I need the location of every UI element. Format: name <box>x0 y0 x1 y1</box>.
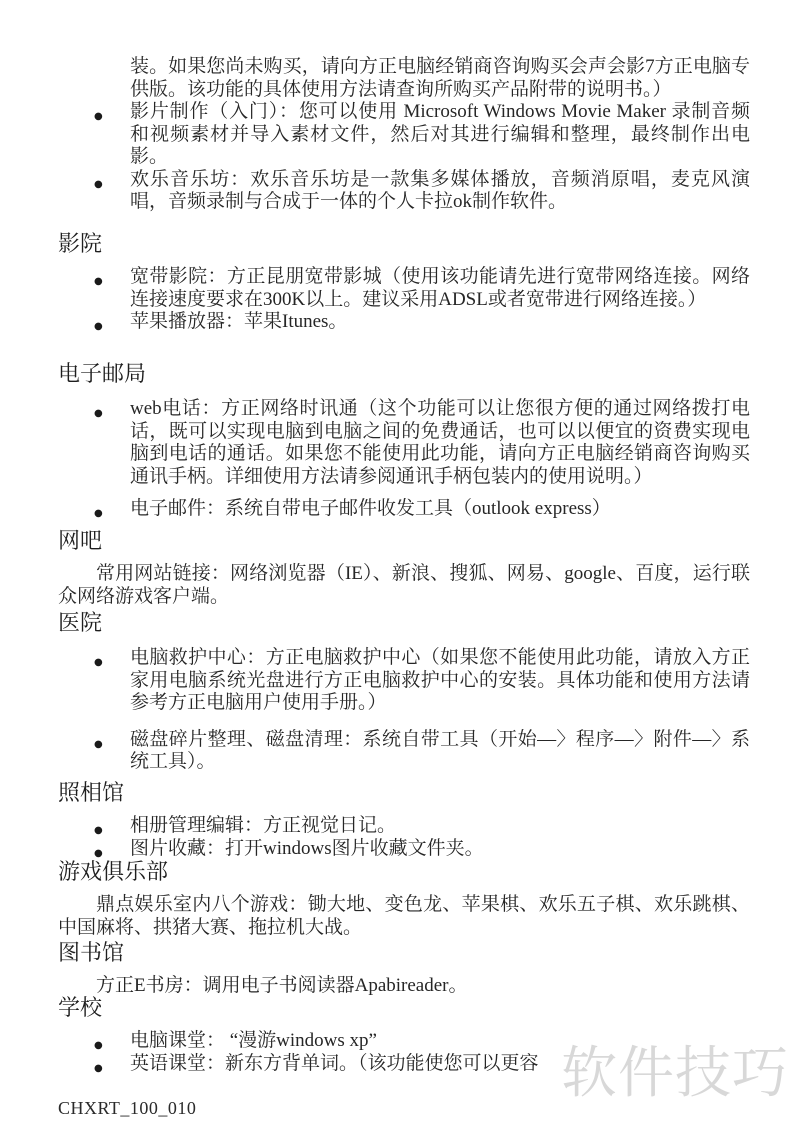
section-heading-hospital: 医院 <box>58 609 750 637</box>
section-heading-school: 学校 <box>58 994 750 1022</box>
section-heading-library: 图书馆 <box>58 939 750 967</box>
internet-cafe-paragraph: 常用网站链接：网络浏览器（IE）、新浪、搜狐、网易、google、百度，运行联众… <box>58 563 750 608</box>
list-item: 欢乐音乐坊：欢乐音乐坊是一款集多媒体播放，音频消原唱，麦克风演唱，音频录制与合成… <box>58 169 750 214</box>
photo-bullet-list: 相册管理编辑：方正视觉日记。 图片收藏：打开windows图片收藏文件夹。 <box>58 815 750 860</box>
list-item: 影片制作（入门）：您可以使用 Microsoft Windows Movie M… <box>58 101 750 169</box>
continuation-paragraph: 装。如果您尚未购买，请向方正电脑经销商咨询购买会声会影7方正电脑专供版。该功能的… <box>130 56 750 101</box>
section-email-office: 电子邮局 web电话：方正网络时讯通（这个功能可以让您很方便的通过网络拨打电话，… <box>58 360 750 521</box>
hospital-bullet-list: 电脑救护中心：方正电脑救护中心（如果您不能使用此功能，请放入方正家用电脑系统光盘… <box>58 647 750 774</box>
section-intro: 装。如果您尚未购买，请向方正电脑经销商咨询购买会声会影7方正电脑专供版。该功能的… <box>58 56 750 214</box>
watermark-text: 软件技巧 <box>561 1042 789 1104</box>
game-club-paragraph: 鼎点娱乐室内八个游戏：锄大地、变色龙、苹果棋、欢乐五子棋、欢乐跳棋、中国麻将、拱… <box>58 894 750 939</box>
list-item: 宽带影院：方正昆朋宽带影城（使用该功能请先进行宽带网络连接。网络连接速度要求在3… <box>58 266 750 311</box>
section-heading-photo-studio: 照相馆 <box>58 779 750 807</box>
section-heading-game-club: 游戏俱乐部 <box>58 858 750 886</box>
email-bullet-list: web电话：方正网络时讯通（这个功能可以让您很方便的通过网络拨打电话，既可以实现… <box>58 398 750 521</box>
section-photo-studio: 照相馆 相册管理编辑：方正视觉日记。 图片收藏：打开windows图片收藏文件夹… <box>58 779 750 860</box>
list-item: 相册管理编辑：方正视觉日记。 <box>58 815 750 838</box>
section-cinema: 影院 宽带影院：方正昆朋宽带影城（使用该功能请先进行宽带网络连接。网络连接速度要… <box>58 230 750 334</box>
list-item: 电脑救护中心：方正电脑救护中心（如果您不能使用此功能，请放入方正家用电脑系统光盘… <box>58 647 750 715</box>
list-item: 电子邮件：系统自带电子邮件收发工具（outlook express） <box>58 498 750 521</box>
document-page: 装。如果您尚未购买，请向方正电脑经销商咨询购买会声会影7方正电脑专供版。该功能的… <box>0 0 800 1138</box>
footer-document-code: CHXRT_100_010 <box>58 1098 196 1119</box>
section-internet-cafe: 网吧 常用网站链接：网络浏览器（IE）、新浪、搜狐、网易、google、百度，运… <box>58 527 750 608</box>
section-game-club: 游戏俱乐部 鼎点娱乐室内八个游戏：锄大地、变色龙、苹果棋、欢乐五子棋、欢乐跳棋、… <box>58 858 750 939</box>
section-heading-cinema: 影院 <box>58 230 750 258</box>
list-item: 图片收藏：打开windows图片收藏文件夹。 <box>58 838 750 861</box>
list-item: web电话：方正网络时讯通（这个功能可以让您很方便的通过网络拨打电话，既可以实现… <box>58 398 750 488</box>
list-item: 磁盘碎片整理、磁盘清理：系统自带工具（开始—〉程序—〉附件—〉系统工具）。 <box>58 729 750 774</box>
cinema-bullet-list: 宽带影院：方正昆朋宽带影城（使用该功能请先进行宽带网络连接。网络连接速度要求在3… <box>58 266 750 334</box>
intro-bullet-list: 影片制作（入门）：您可以使用 Microsoft Windows Movie M… <box>58 101 750 214</box>
list-item: 苹果播放器：苹果Itunes。 <box>58 311 750 334</box>
section-hospital: 医院 电脑救护中心：方正电脑救护中心（如果您不能使用此功能，请放入方正家用电脑系… <box>58 609 750 774</box>
section-heading-internet-cafe: 网吧 <box>58 527 750 555</box>
section-library: 图书馆 方正E书房：调用电子书阅读器Apabireader。 <box>58 939 750 998</box>
section-heading-email-office: 电子邮局 <box>58 360 750 388</box>
